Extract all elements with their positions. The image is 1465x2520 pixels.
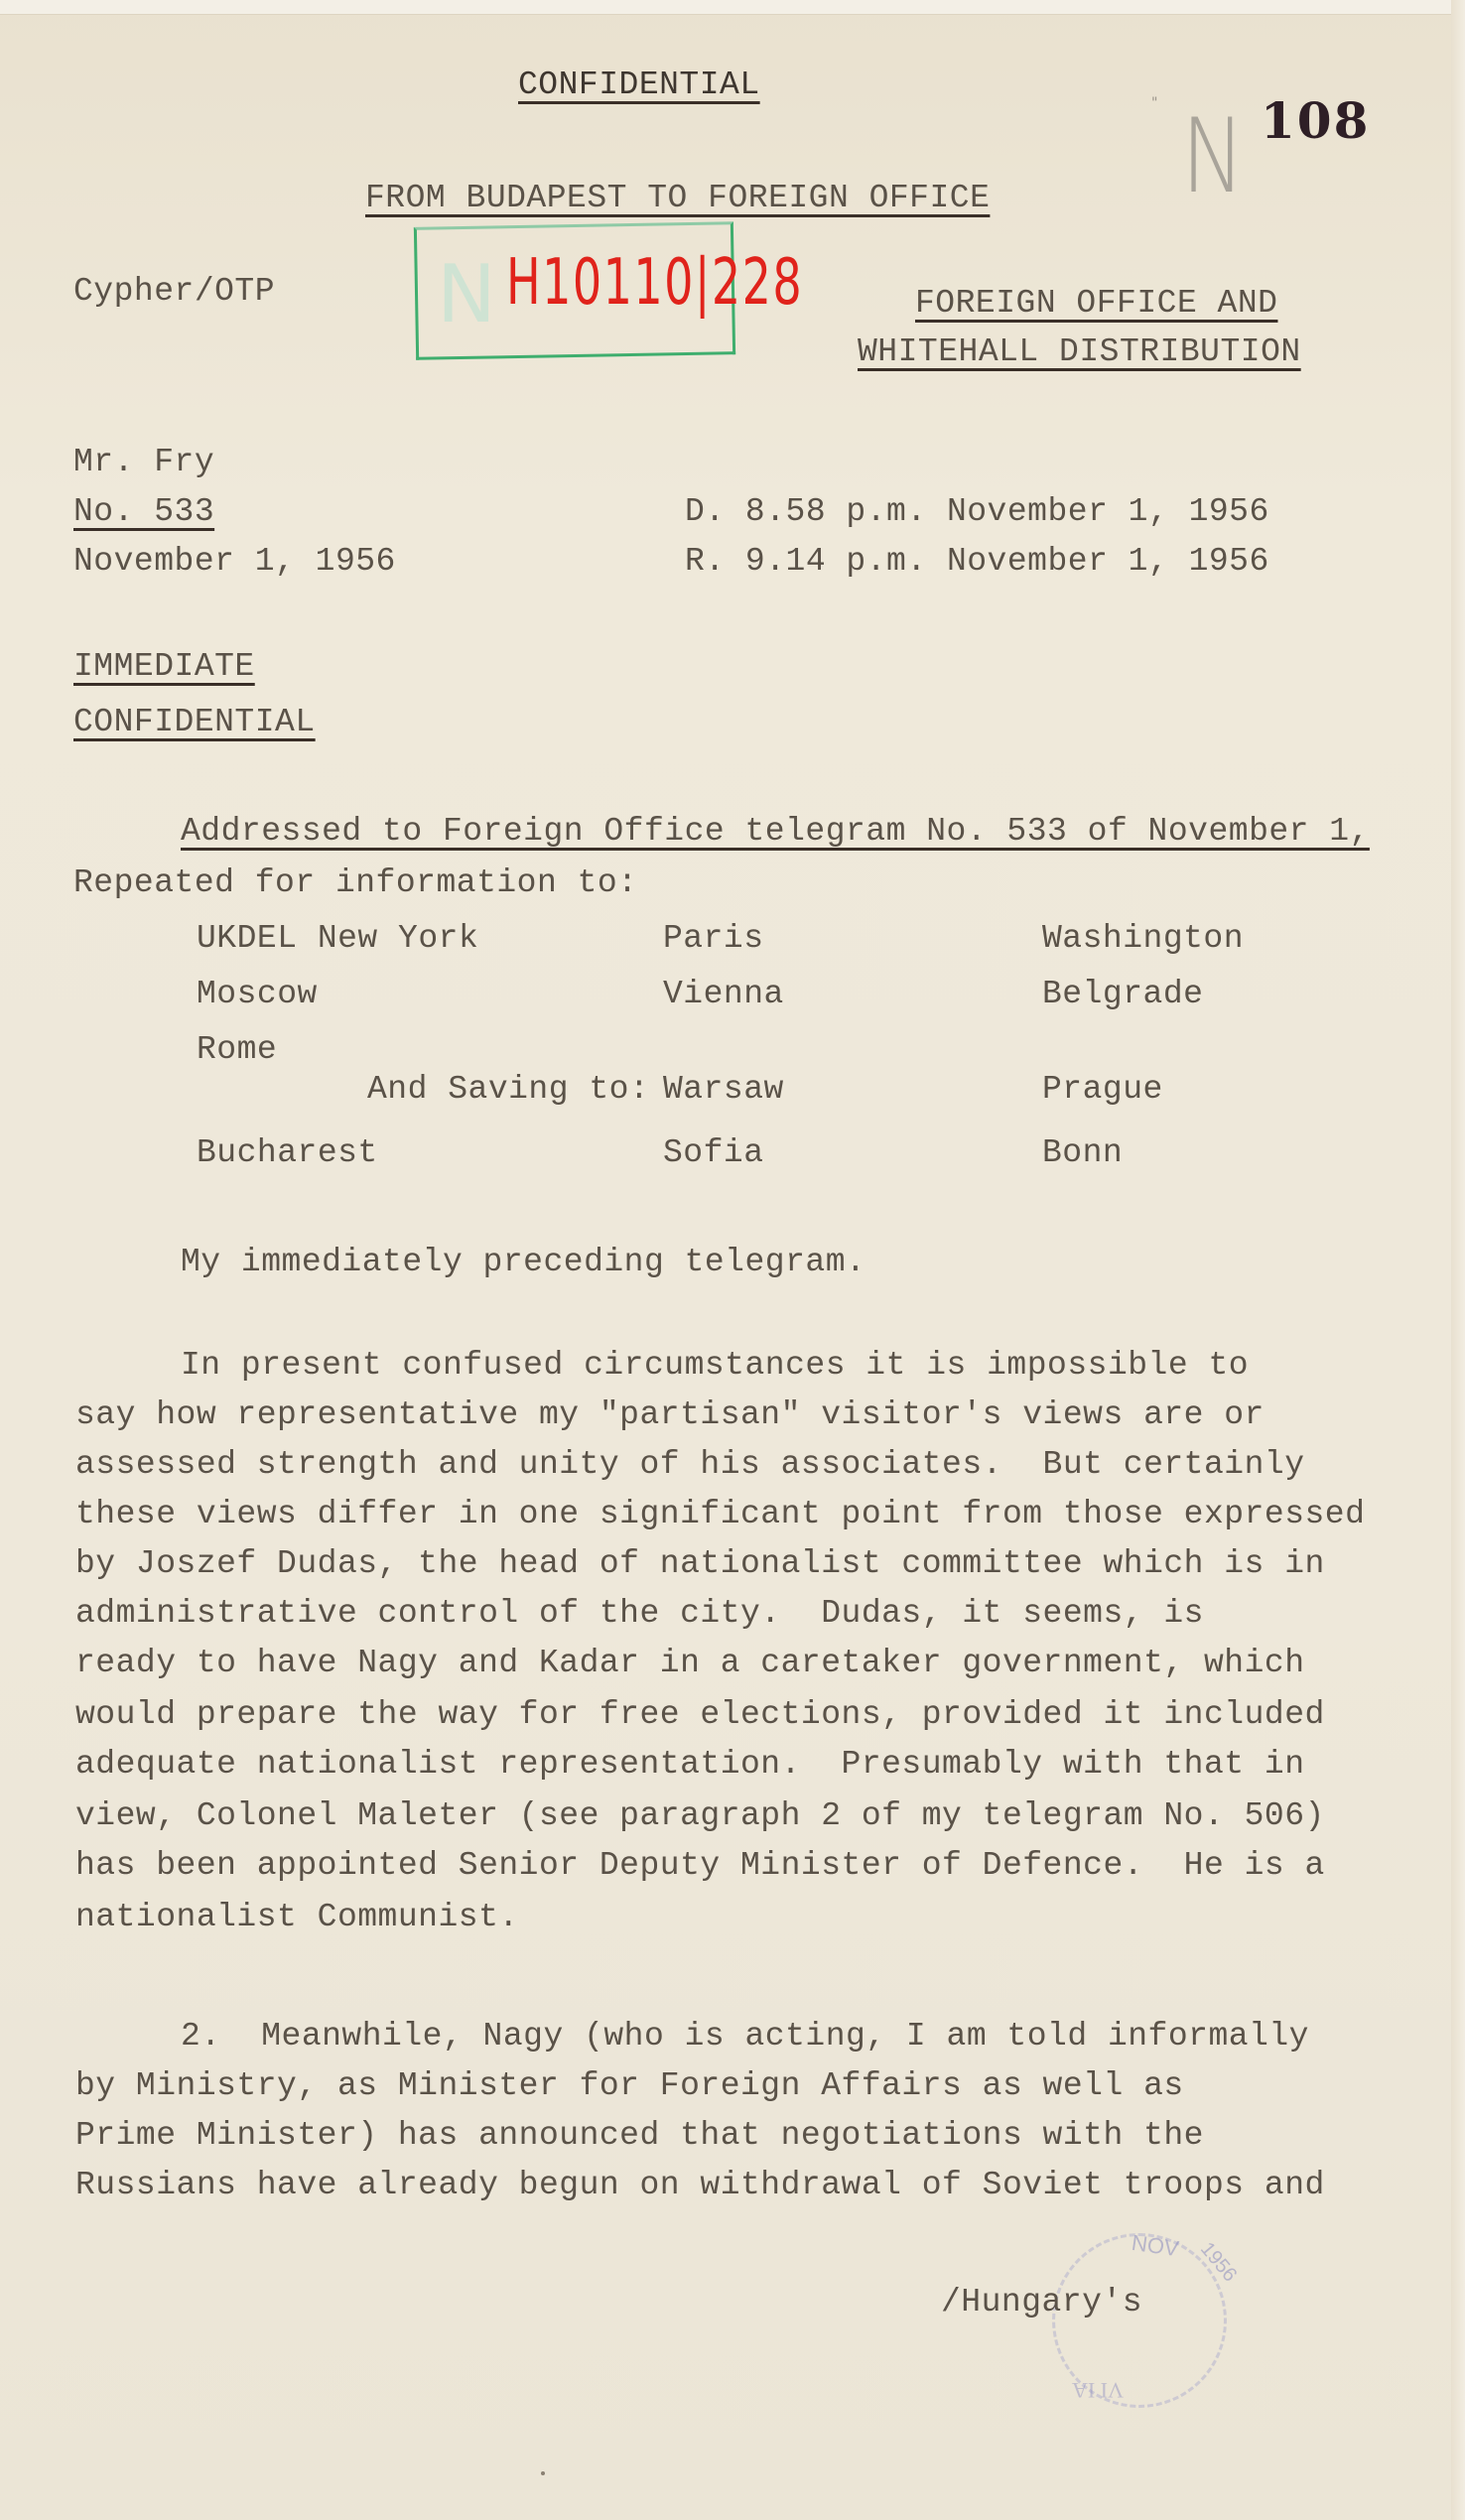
distribution-line-2: WHITEHALL DISTRIBUTION bbox=[858, 332, 1301, 372]
distribution-line-1: FOREIGN OFFICE AND bbox=[915, 284, 1277, 324]
paragraph-1-line: these views differ in one significant po… bbox=[75, 1495, 1365, 1534]
paragraph-1-line: adequate nationalist representation. Pre… bbox=[75, 1745, 1305, 1785]
saving-recipient: Sofia bbox=[663, 1133, 764, 1173]
paragraph-1-line: assessed strength and unity of his assoc… bbox=[75, 1445, 1305, 1485]
saving-recipient: Prague bbox=[1042, 1070, 1163, 1110]
recipient: Vienna bbox=[663, 975, 784, 1014]
saving-label: And Saving to: bbox=[367, 1070, 649, 1110]
registry-stamp-number: H10110|228 bbox=[506, 246, 803, 320]
paragraph-1-line: has been appointed Senior Deputy Ministe… bbox=[75, 1846, 1325, 1886]
cypher-label: Cypher/OTP bbox=[73, 272, 275, 312]
paragraph-1-line: nationalist Communist. bbox=[75, 1898, 519, 1937]
paragraph-1-line: would prepare the way for free elections… bbox=[75, 1695, 1325, 1735]
paper-top-edge bbox=[0, 0, 1465, 15]
saving-recipient: Bonn bbox=[1042, 1133, 1123, 1173]
catchword: /Hungary's bbox=[941, 2283, 1142, 2322]
page-number: 108 bbox=[1261, 91, 1370, 150]
paper-right-edge bbox=[1451, 0, 1465, 2520]
priority-label: IMMEDIATE bbox=[73, 647, 255, 687]
repeated-label: Repeated for information to: bbox=[73, 863, 638, 903]
paragraph-1-line: In present confused circumstances it is … bbox=[181, 1346, 1249, 1386]
paragraph-1-line: by Joszef Dudas, the head of nationalist… bbox=[75, 1544, 1325, 1584]
pencil-tick-mark: " bbox=[1151, 95, 1157, 111]
sender: Mr. Fry bbox=[73, 443, 214, 482]
recipient: Belgrade bbox=[1042, 975, 1203, 1014]
telegram-date: November 1, 1956 bbox=[73, 542, 396, 582]
route-heading: FROM BUDAPEST TO FOREIGN OFFICE bbox=[365, 179, 990, 218]
classification-label: CONFIDENTIAL bbox=[73, 703, 316, 742]
paragraph-1-line: ready to have Nagy and Kadar in a careta… bbox=[75, 1644, 1305, 1683]
addressed-line: Addressed to Foreign Office telegram No.… bbox=[181, 812, 1370, 852]
paragraph-1-line: view, Colonel Maleter (see paragraph 2 o… bbox=[75, 1796, 1325, 1836]
header-classification: CONFIDENTIAL bbox=[518, 66, 760, 105]
paragraph-1-line: say how representative my "partisan" vis… bbox=[75, 1395, 1265, 1435]
recipient: Washington bbox=[1042, 919, 1244, 959]
paragraph-2-line: Prime Minister) has announced that negot… bbox=[75, 2116, 1204, 2156]
stamp-ghost-mark: N bbox=[437, 248, 496, 340]
paragraph-1-line: administrative control of the city. Duda… bbox=[75, 1594, 1204, 1634]
received-time: R. 9.14 p.m. November 1, 1956 bbox=[685, 542, 1269, 582]
pencil-n-annotation: N bbox=[1181, 97, 1245, 216]
date-stamp-bottom-text: VI IA bbox=[1072, 2377, 1124, 2403]
telegram-number: No. 533 bbox=[73, 492, 214, 532]
saving-recipient: Bucharest bbox=[197, 1133, 378, 1173]
saving-recipient: Warsaw bbox=[663, 1070, 784, 1110]
paragraph-2-line: Russians have already begun on withdrawa… bbox=[75, 2166, 1325, 2205]
recipient: Rome bbox=[197, 1030, 277, 1070]
recipient: UKDEL New York bbox=[197, 919, 478, 959]
recipient: Paris bbox=[663, 919, 764, 959]
recipient: Moscow bbox=[197, 975, 318, 1014]
paper-speck bbox=[541, 2471, 545, 2475]
paragraph-2-line: 2. Meanwhile, Nagy (who is acting, I am … bbox=[181, 2017, 1309, 2056]
despatched-time: D. 8.58 p.m. November 1, 1956 bbox=[685, 492, 1269, 532]
reference-line: My immediately preceding telegram. bbox=[181, 1243, 866, 1282]
paragraph-2-line: by Ministry, as Minister for Foreign Aff… bbox=[75, 2066, 1184, 2106]
